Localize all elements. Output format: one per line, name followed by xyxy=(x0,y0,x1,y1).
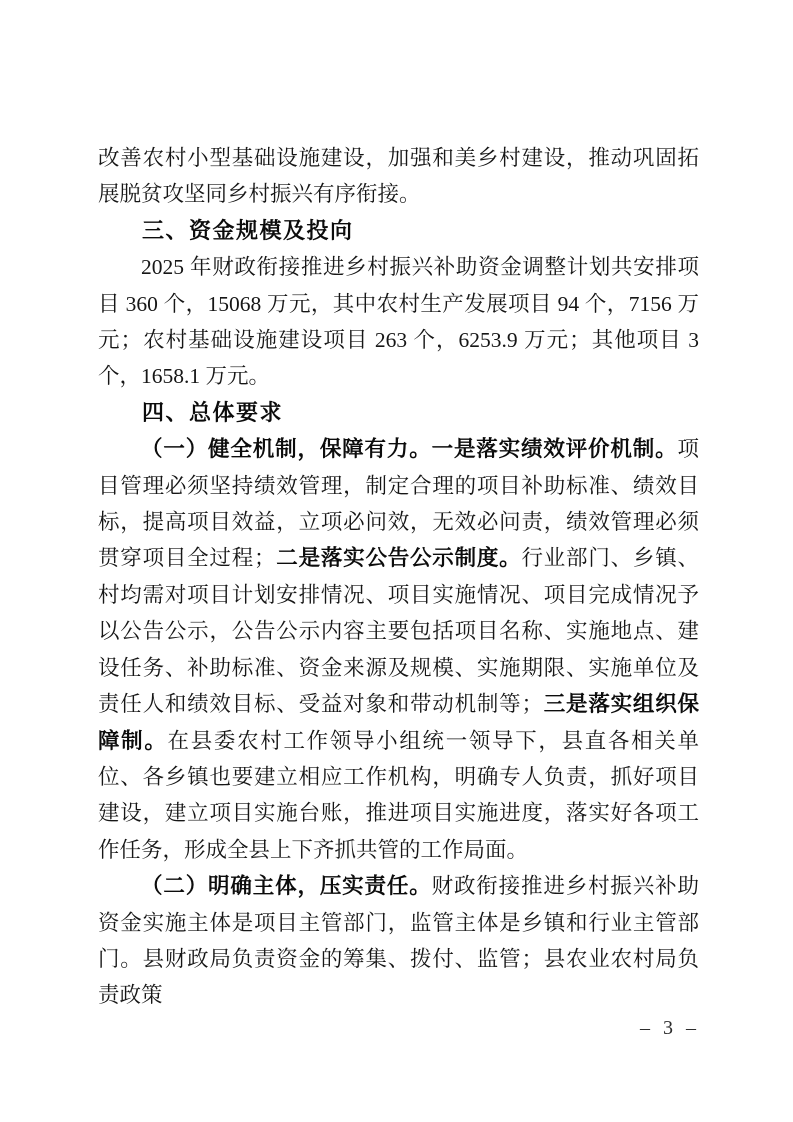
page-number: – 3 – xyxy=(640,1016,700,1040)
paragraph-continuation: 改善农村小型基础设施建设，加强和美乡村建设，推动巩固拓展脱贫攻坚同乡村振兴有序衔… xyxy=(98,140,699,213)
item-1-text-run-2: 行业部门、乡镇、村均需对项目计划安排情况、项目实施情况、项目完成情况予以公告公示… xyxy=(98,546,699,716)
section-heading-funds: 三、资金规模及投向 xyxy=(98,213,699,249)
paragraph-item-2: （二）明确主体，压实责任。财政衔接推进乡村振兴补助资金实施主体是项目主管部门，监… xyxy=(98,868,699,1014)
item-2-bold-lead: （二）明确主体，压实责任。 xyxy=(141,874,432,898)
paragraph-fund-scale: 2025 年财政衔接推进乡村振兴补助资金调整计划共安排项目 360 个，1506… xyxy=(98,249,699,395)
item-1-bold-lead: （一）健全机制，保障有力。一是落实绩效评价机制。 xyxy=(141,437,677,461)
document-page: 改善农村小型基础设施建设，加强和美乡村建设，推动巩固拓展脱贫攻坚同乡村振兴有序衔… xyxy=(0,0,793,1122)
item-1-text-run-3: 在县委农村工作领导小组统一领导下，县直各相关单位、各乡镇也要建立相应工作机构，明… xyxy=(98,729,699,862)
item-1-bold-lead-2: 二是落实公告公示制度。 xyxy=(276,546,522,570)
section-heading-general-requirements: 四、总体要求 xyxy=(98,395,699,431)
paragraph-item-1: （一）健全机制，保障有力。一是落实绩效评价机制。项目管理必须坚持绩效管理，制定合… xyxy=(98,431,699,868)
document-body: 改善农村小型基础设施建设，加强和美乡村建设，推动巩固拓展脱贫攻坚同乡村振兴有序衔… xyxy=(98,140,699,1014)
